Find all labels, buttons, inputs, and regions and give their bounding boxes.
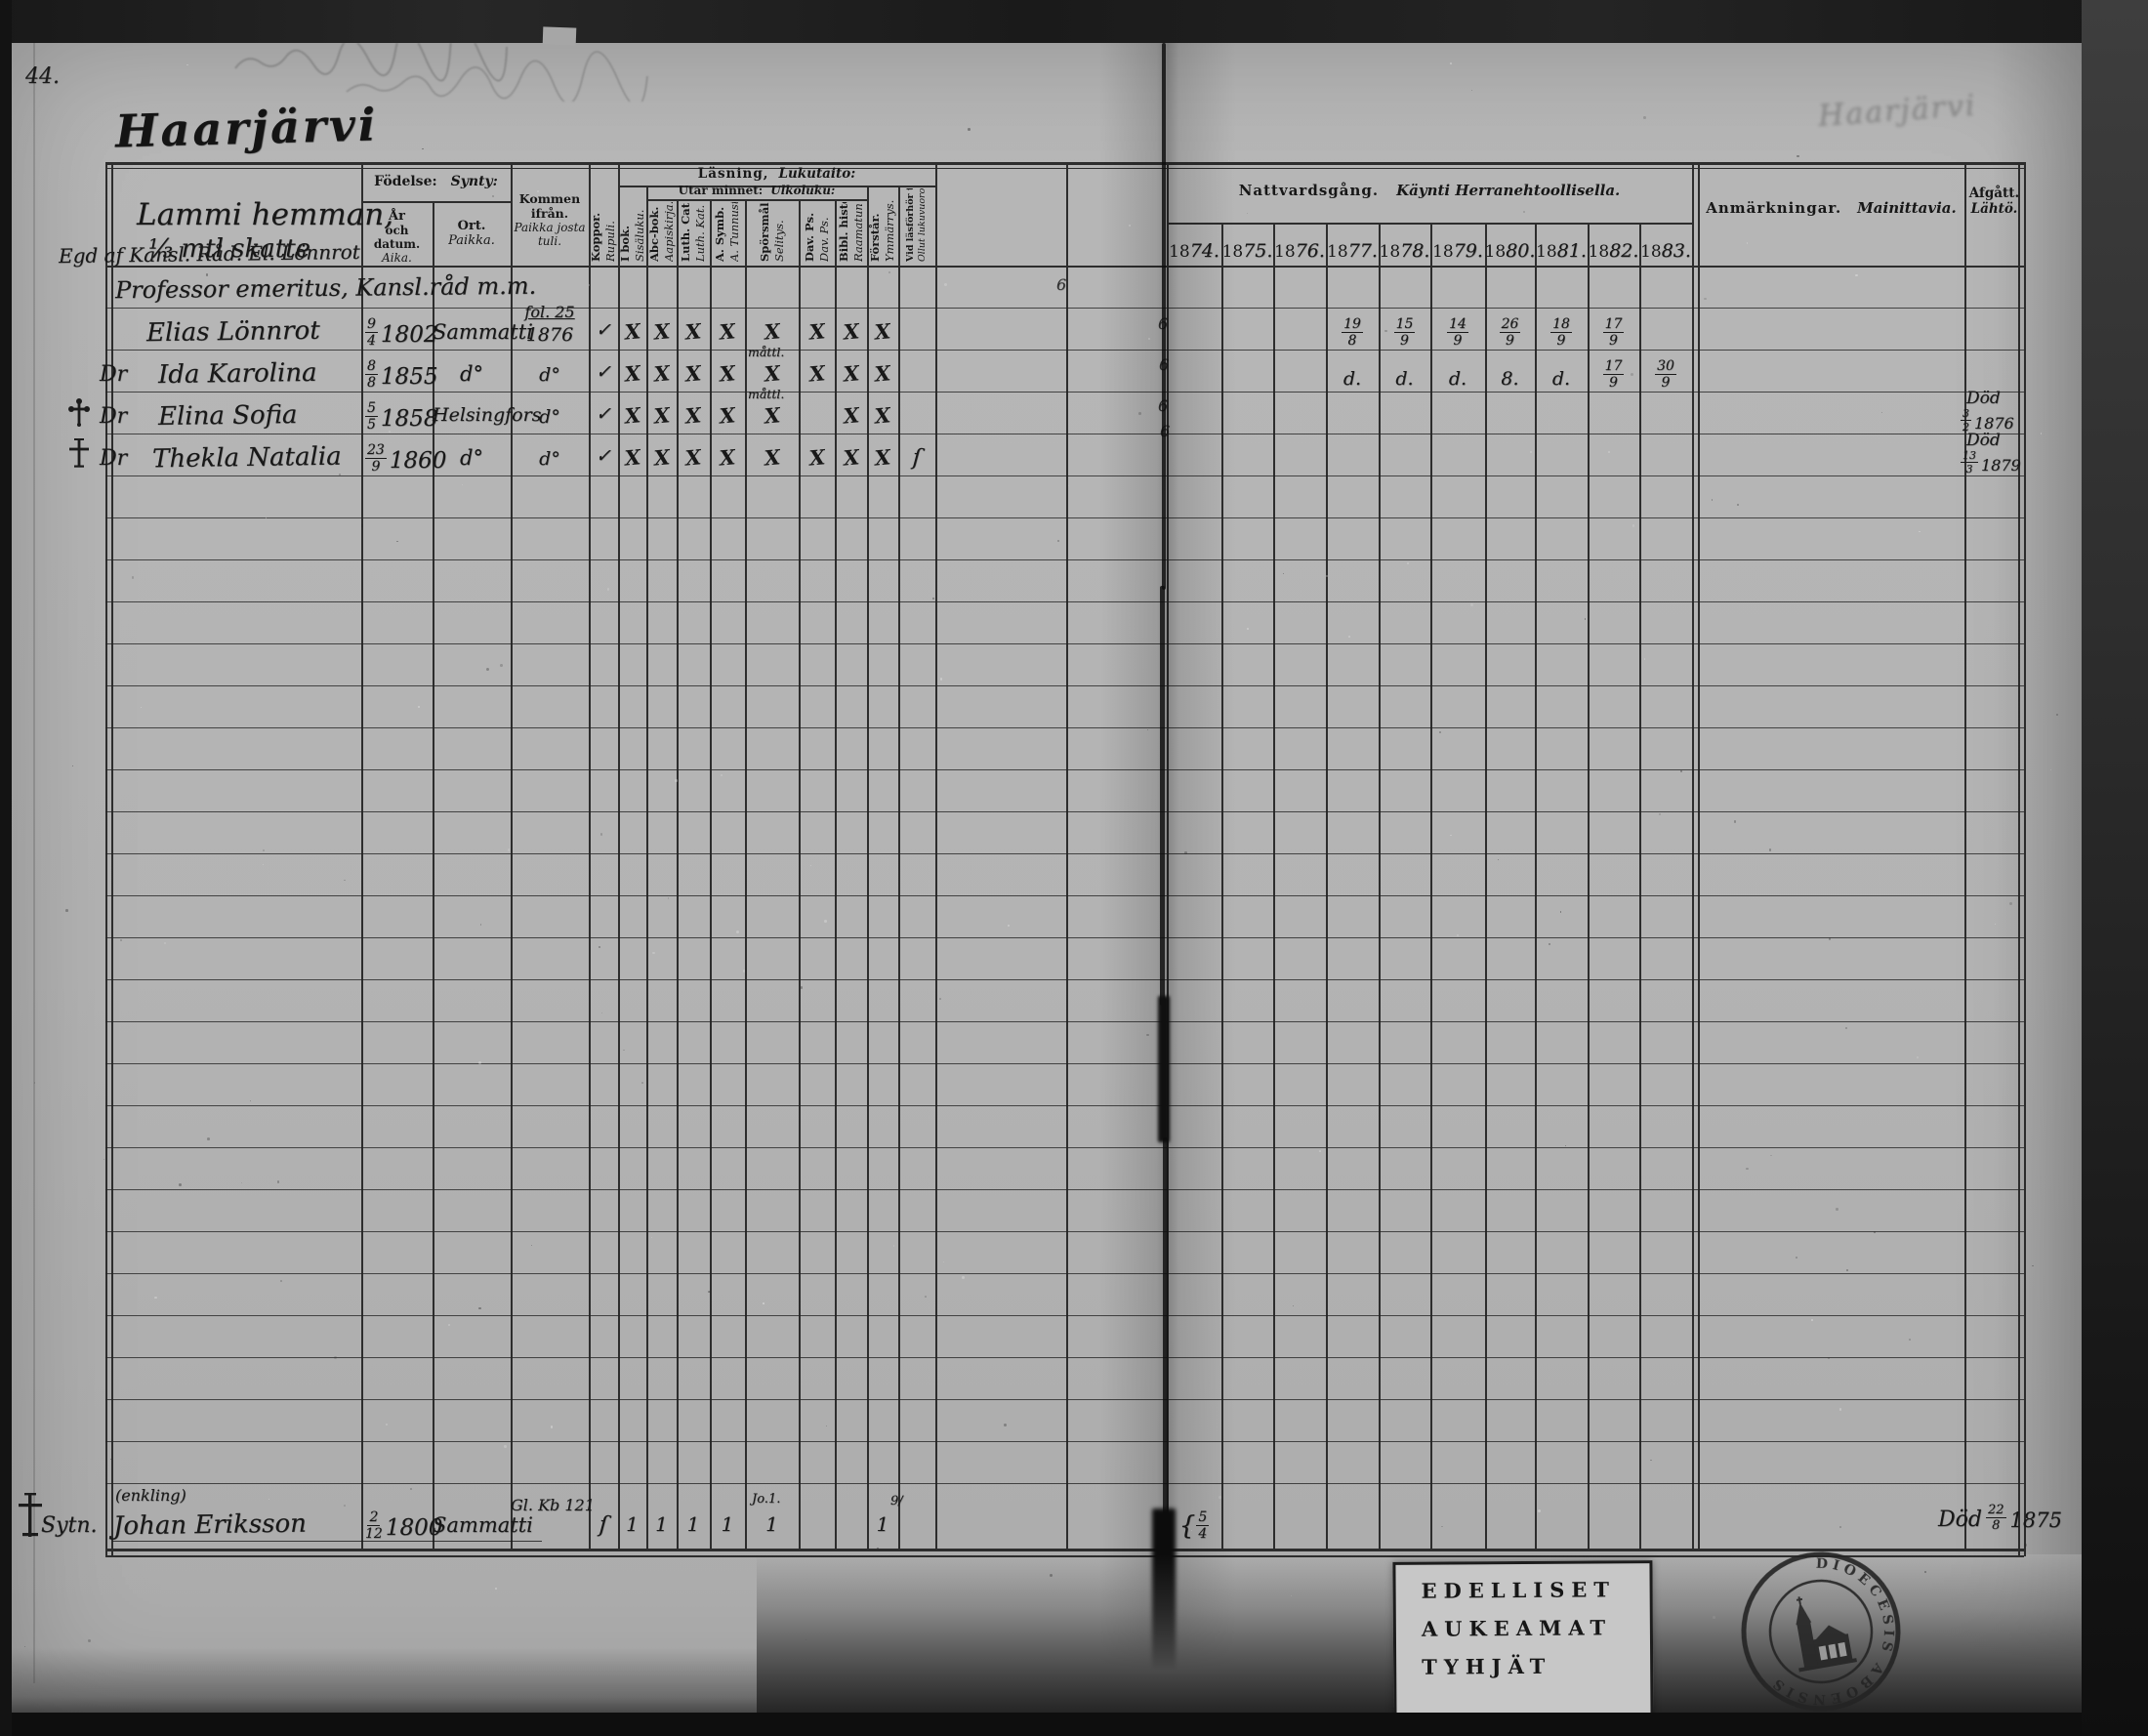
relation-prefix: Sytn. [41, 1513, 98, 1538]
speckle [1747, 242, 1749, 244]
memory-group-sv: Utar minnet: [679, 184, 764, 197]
koppor-fi: Rupuli. [604, 194, 617, 262]
luth-fi: Luth. Kat. [694, 208, 707, 262]
ruled-row-line [105, 1273, 2024, 1274]
reading-mark-0: ✓ [594, 319, 613, 341]
speckle [462, 484, 463, 485]
year-print: 18 [1274, 242, 1296, 262]
speckle [24, 1646, 25, 1647]
birth-place: d° [433, 446, 511, 470]
ruled-row-line [105, 895, 2024, 896]
speckle [103, 1159, 104, 1160]
communion-group-header: Nattvardsgång. Käynti Herranehtoollisell… [1167, 182, 1692, 199]
speckle [65, 909, 68, 912]
speckle [1811, 1319, 1812, 1320]
column-header-luth: Luth. Cat.Luth. Kat. [677, 202, 710, 262]
came-from-top: fol. 25 [511, 303, 589, 321]
speckle [763, 1302, 764, 1303]
reading-mark-3: X [682, 360, 704, 387]
reading-mark-5: 1 [763, 1512, 782, 1536]
speckle [940, 678, 942, 680]
ruled-row-line [105, 475, 2024, 476]
speckle [589, 284, 590, 285]
grid-vline [1535, 223, 1537, 1549]
reading-mark-8: X [872, 318, 893, 345]
abc-sv: Abc-bok. [648, 202, 661, 262]
birth-place: d° [433, 362, 511, 386]
grid-vline [835, 199, 837, 1549]
reading-mark-1: X [621, 444, 642, 471]
communion-1883: 309 [1639, 358, 1692, 390]
column-header-koppor: Koppor.Rupuli. [589, 188, 618, 262]
reading-mark-3: X [682, 402, 704, 429]
speckle [743, 970, 745, 971]
birth-year: 1855 [381, 364, 438, 390]
ruled-row-line [105, 434, 2024, 434]
reading-mark-1: 1 [623, 1512, 642, 1536]
came-from: d° [511, 448, 589, 470]
speckle [893, 1245, 895, 1247]
reading-mark-6: X [805, 444, 827, 471]
ruled-row-line [105, 685, 2024, 686]
speckle [1836, 1208, 1838, 1210]
koppor-sv: Koppor. [590, 188, 602, 262]
fold-line [1163, 1137, 1168, 1518]
birth-place: Helsingfors [433, 404, 511, 426]
bottom-dark-edge [0, 1713, 2148, 1736]
grid-vline [745, 199, 747, 1549]
birth-date-sv1: År [361, 209, 433, 224]
speckle [334, 251, 336, 253]
ruled-row-line [105, 1483, 2024, 1484]
speckle [1746, 1168, 1748, 1170]
ruled-row-line [105, 1315, 2024, 1316]
speckle [826, 1426, 827, 1426]
davps-fi: Dav. Ps. [818, 208, 831, 262]
reading-mark-7: X [840, 318, 861, 345]
reading-mark-0: ✓ [594, 361, 613, 383]
pencil-scribble [229, 43, 757, 102]
speckle [508, 848, 510, 850]
speckle [1704, 298, 1707, 301]
asymb-fi: A. Tunnust. [728, 208, 741, 262]
reading-mark-4: 1 [718, 1512, 737, 1536]
birth-group-header: Födelse: Synty: [361, 174, 511, 189]
vidlasf-fi: Ollut lukuvuoroilla. [918, 194, 928, 262]
speckle [1632, 524, 1634, 526]
asymb-sv: A. Symb. [714, 202, 726, 262]
reading-mark-3: X [682, 318, 704, 345]
speckle [410, 1488, 411, 1489]
speckle [500, 664, 503, 667]
household-head-title: Professor emeritus, Kansl.råd m.m. [115, 272, 536, 305]
year-label-1877: 1877. [1326, 230, 1379, 262]
year-label-1879: 1879. [1430, 230, 1485, 262]
speckle [1917, 1056, 1919, 1058]
handwritten-baseline [112, 1541, 542, 1542]
speckle [1450, 62, 1452, 64]
forstar-fi: Ymmärrys. [884, 194, 896, 262]
communion-1878: 159 [1379, 316, 1430, 348]
speckle [1008, 925, 1010, 927]
year-label-1883: 1883. [1639, 230, 1692, 262]
communion-group-fi: Käynti Herranehtoollisella. [1396, 182, 1620, 199]
grid-vline [433, 201, 434, 1549]
memory-group-header: Utar minnet: Ulkoluku: [646, 184, 867, 197]
ruled-row-line [105, 1399, 2024, 1400]
grid-hline [105, 266, 2024, 268]
speckle [801, 986, 803, 988]
estate-owner-note: Egd af Kansl. Råd. El. Lönnrot [59, 240, 360, 268]
reading-mark-5: X [761, 402, 782, 429]
grid-vline [1485, 223, 1487, 1549]
year-label-1878: 1878. [1379, 230, 1430, 262]
reading-group-sv: Läsning, [698, 166, 769, 182]
birth-year: 1802 [381, 322, 438, 348]
reading-mark-3: 1 [683, 1512, 703, 1536]
ruled-row-line [105, 1357, 2024, 1358]
fold-ink-blotch [1158, 996, 1170, 1142]
scanner-edge-left [0, 0, 12, 1736]
ruled-row-line [105, 979, 2024, 980]
archive-stamp: DIOECESIS ABOENSIS [1725, 1536, 1918, 1728]
ruled-row-line [105, 853, 2024, 854]
estate-name: Lammi hemman, [137, 197, 393, 232]
birth-year: 1858 [381, 406, 438, 432]
communion-1880: 8. [1485, 358, 1535, 390]
reading-mark-7: X [840, 444, 861, 471]
year-handwritten: 77. [1348, 240, 1378, 262]
margin-cross-club-icon [66, 396, 92, 428]
speckle [280, 1280, 282, 1282]
scanned-parish-register: 44. Haarjärvi Haarjärvi Lammi hemman, ⅓ … [0, 0, 2148, 1736]
ruled-row-line [105, 727, 2024, 728]
speckle [736, 930, 739, 933]
grid-vline [1379, 223, 1381, 1549]
grid-vline [1066, 162, 1068, 1549]
person-name: Ida Karolina [158, 358, 317, 390]
reading-mark-8: X [872, 444, 893, 471]
ruled-row-line [105, 308, 2024, 309]
came-from: d° [511, 364, 589, 386]
empty-label-line2: AUKEAMAT [1422, 1615, 1650, 1641]
birth-place: Sammatti [433, 320, 511, 344]
came-from-sv: Kommen ifrån. [509, 191, 591, 221]
previous-spreads-empty-label: EDELLISET AUKEAMAT TYHJÄT [1392, 1560, 1653, 1725]
grid-vline [710, 199, 712, 1549]
reading-mark-4: X [717, 360, 738, 387]
grid-hline [105, 162, 2024, 165]
abc-fi: Aapiskirja. [663, 208, 676, 262]
speckle [1348, 636, 1350, 638]
speckle [154, 1297, 156, 1299]
reading-mark-2: X [650, 444, 672, 471]
ibok-sv: I bok. [619, 188, 632, 262]
speckle [1737, 504, 1739, 506]
grid-vline [361, 162, 363, 1549]
column-header-spors: Spörsmål.Selitys. [745, 202, 799, 262]
speckle [1560, 911, 1561, 912]
speckle [932, 598, 934, 599]
year-print: 18 [1536, 242, 1557, 262]
year-handwritten: 82. [1609, 240, 1638, 262]
communion-1881: 189 [1535, 316, 1588, 348]
speckle [486, 668, 489, 671]
page-number: 44. [25, 64, 60, 89]
speckle [1066, 1522, 1067, 1523]
speckle [710, 552, 711, 553]
grid-vline [1273, 223, 1275, 1549]
grid-hline [105, 1549, 2024, 1551]
person-name: Thekla Natalia [152, 442, 342, 475]
speckle [1523, 211, 1525, 213]
birth-place-sv: Ort. [433, 219, 511, 233]
came-from: d° [511, 406, 589, 428]
speckle [925, 1296, 927, 1298]
stamp-church-icon [1787, 1589, 1857, 1672]
year-print: 18 [1327, 242, 1348, 262]
birth-date: 551858 [365, 400, 432, 432]
speckle [1565, 1145, 1566, 1146]
grid-vline [1639, 223, 1641, 1549]
year-label-1880: 1880. [1485, 230, 1535, 262]
speckle [1384, 330, 1387, 333]
luth-sv: Luth. Cat. [680, 202, 692, 262]
communion-1879: 149 [1430, 316, 1485, 348]
speckle [1845, 1027, 1847, 1029]
communion-1880: 269 [1485, 316, 1535, 348]
reading-mark-2: X [650, 360, 672, 387]
reading-group-fi: Lukutaito: [778, 166, 855, 182]
speckle [968, 128, 971, 131]
year-handwritten: 80. [1506, 240, 1535, 262]
came-from-top: Gl. Kb 121 [511, 1496, 589, 1514]
ibok-fi: Sisäluku. [634, 194, 646, 262]
year-label-1882: 1882. [1588, 230, 1639, 262]
year-print: 18 [1640, 242, 1662, 262]
ruled-row-line [105, 1441, 2024, 1442]
speckle [1530, 451, 1531, 452]
book-fold-shadow [1099, 43, 1236, 1715]
reading-mark-1: X [621, 360, 642, 387]
birth-group-sv: Födelse: [374, 174, 436, 189]
grid-hline [1167, 223, 1692, 225]
speckle [1846, 1269, 1848, 1271]
speckle [675, 779, 678, 782]
speckle [962, 1276, 965, 1279]
birth-place-header: Ort. Paikka. [433, 219, 511, 248]
reading-mark-0: ✓ [594, 445, 613, 467]
ruled-row-line [105, 350, 2024, 351]
ruled-row-line [105, 1189, 2024, 1190]
bibl-fi: Raamatun hist. [852, 208, 865, 262]
year-handwritten: 81. [1557, 240, 1587, 262]
speckle [250, 1100, 251, 1101]
year-handwritten: 76. [1296, 240, 1325, 262]
scanner-edge-top [0, 0, 2148, 43]
speckle [668, 897, 669, 898]
ruled-row-line [105, 601, 2024, 602]
reading-mark-8: 1 [873, 1512, 892, 1536]
speckle [1631, 373, 1633, 376]
speckle [599, 946, 600, 948]
davps-sv: Dav. Ps. [804, 202, 816, 262]
speckle [537, 190, 539, 192]
reading-mark-5: X [761, 318, 782, 345]
person-name: Elias Lönnrot [146, 316, 320, 348]
reading-note: Jo.1. [752, 1492, 780, 1507]
grid-vline [1588, 223, 1590, 1549]
scanner-edge-right [2082, 0, 2148, 1736]
reading-mark-1: X [621, 318, 642, 345]
grid-vline [1698, 162, 1700, 1549]
year-handwritten: 83. [1662, 240, 1691, 262]
came-from: 1876 [511, 324, 589, 346]
birth-date-fi: Aika. [361, 251, 433, 265]
memory-group-fi: Ulkoluku: [770, 184, 835, 197]
reading-mark-5: X [761, 444, 782, 471]
grid-hline [646, 199, 867, 201]
year-print: 18 [1485, 242, 1507, 262]
reading-mark-6: X [805, 360, 827, 387]
ruled-row-line [105, 1021, 2024, 1022]
reading-mark-6: X [805, 318, 827, 345]
reading-mark-0: ſ [593, 1511, 614, 1538]
column-header-forstar: Förstår.Ymmärrys. [867, 188, 898, 262]
speckle [1457, 934, 1459, 936]
birth-date: 2121800 [365, 1509, 432, 1541]
speckle [1644, 658, 1645, 659]
reading-mark-2: X [650, 402, 672, 429]
year-handwritten: 75. [1243, 240, 1272, 262]
ruled-row-line [105, 517, 2024, 518]
communion-group-sv: Nattvardsgång. [1239, 182, 1379, 199]
communion-1878: d. [1379, 358, 1430, 390]
speckle [277, 1180, 280, 1183]
ruled-row-line [105, 811, 2024, 812]
speckle [361, 524, 363, 526]
birth-date: 2391860 [365, 442, 432, 474]
speckle [504, 1445, 507, 1448]
speckle [1839, 1408, 1841, 1410]
ruled-row-line [105, 769, 2024, 770]
column-header-asymb: A. Symb.A. Tunnust. [710, 202, 745, 262]
speckle [72, 765, 73, 766]
speckle [939, 998, 941, 1000]
grid-vline [1430, 223, 1432, 1549]
communion-1877: d. [1326, 358, 1379, 390]
fold-ink-curl: 6 [1056, 275, 1066, 294]
reading-note: måttl. [748, 345, 784, 359]
birth-place: Sammatti [433, 1513, 511, 1537]
left-page-crease [33, 43, 35, 1683]
speckle [164, 942, 166, 944]
speckle [1839, 1526, 1841, 1528]
grid-vline [618, 162, 620, 1549]
communion-1879: d. [1430, 358, 1485, 390]
birth-date: 881855 [365, 358, 432, 390]
speckle [1919, 531, 1921, 533]
relation-prefix: Dr [100, 362, 127, 387]
speckle [728, 380, 730, 382]
speckle [1450, 835, 1451, 836]
reading-mark-4: X [717, 402, 738, 429]
column-header-vidlasf: Vid läsförhör tillst.Ollut lukuvuoroilla… [898, 188, 935, 262]
came-from-fi1: Paikka josta [509, 221, 591, 234]
paper-tab [543, 26, 577, 45]
column-header-bibl: Bibl. historia.Raamatun hist. [835, 202, 867, 262]
speckle [1769, 848, 1771, 850]
reading-note: måttl. [748, 387, 784, 401]
reading-mark-3: X [682, 444, 704, 471]
ruled-row-line [105, 1147, 2024, 1148]
margin-cross-icon [66, 438, 92, 468]
above-name-note: (enkling) [115, 1486, 186, 1505]
came-from-header: Kommen ifrån. Paikka josta tuli. [509, 191, 591, 248]
empty-label-line1: EDELLISET [1422, 1577, 1650, 1603]
year-print: 18 [1589, 242, 1610, 262]
birth-date: 941802 [365, 316, 432, 348]
ruled-row-line [105, 392, 2024, 393]
speckle [179, 1183, 182, 1186]
grid-vline [799, 199, 801, 1549]
ruled-row-line [105, 937, 2024, 938]
reading-mark-7: X [840, 360, 861, 387]
speckle [448, 1324, 450, 1326]
reading-mark-8: X [872, 402, 893, 429]
reading-mark-4: X [717, 444, 738, 471]
grid-vline [646, 186, 648, 1549]
fold-line [1162, 43, 1166, 590]
column-header-abc: Abc-bok.Aapiskirja. [646, 202, 677, 262]
reading-group-header: Läsning, Lukutaito: [618, 166, 935, 182]
empty-label-line3: TYHJÄT [1422, 1653, 1650, 1679]
reading-mark-4: X [717, 318, 738, 345]
reading-mark-0: ✓ [594, 403, 613, 425]
person-name: Johan Eriksson [113, 1509, 307, 1542]
reading-mark-2: 1 [652, 1512, 672, 1536]
grid-vline [589, 162, 591, 1549]
grid-vline [677, 199, 679, 1549]
year-handwritten: 78. [1400, 240, 1429, 262]
relation-prefix: Dr [100, 404, 127, 429]
speckle [824, 920, 827, 923]
speckle [1439, 731, 1441, 733]
year-print: 18 [1380, 242, 1401, 262]
reading-mark-9: ſ [906, 444, 928, 471]
speckle [944, 283, 947, 286]
ruled-row-line [105, 559, 2024, 560]
page-curvature-shade [1992, 43, 2082, 1554]
speckle [551, 1426, 553, 1427]
spors-sv: Spörsmål. [759, 202, 771, 262]
ruled-row-line [105, 1105, 2024, 1106]
year-print: 18 [1432, 242, 1454, 262]
speckle [601, 1013, 602, 1013]
ruled-row-line [105, 1231, 2024, 1232]
birth-place-fi: Paikka. [433, 233, 511, 248]
grid-hline [105, 168, 2024, 169]
birth-date-sv2: och datum. [361, 224, 433, 251]
speckle [1643, 116, 1646, 119]
column-header-ibok: I bok.Sisäluku. [618, 188, 646, 262]
communion-1881: d. [1535, 358, 1588, 390]
departed-word: Död [1938, 1508, 1982, 1532]
speckle [478, 1061, 481, 1064]
fold-line [1160, 586, 1165, 1006]
grid-vline [1326, 223, 1328, 1549]
speckle [1319, 1150, 1321, 1152]
